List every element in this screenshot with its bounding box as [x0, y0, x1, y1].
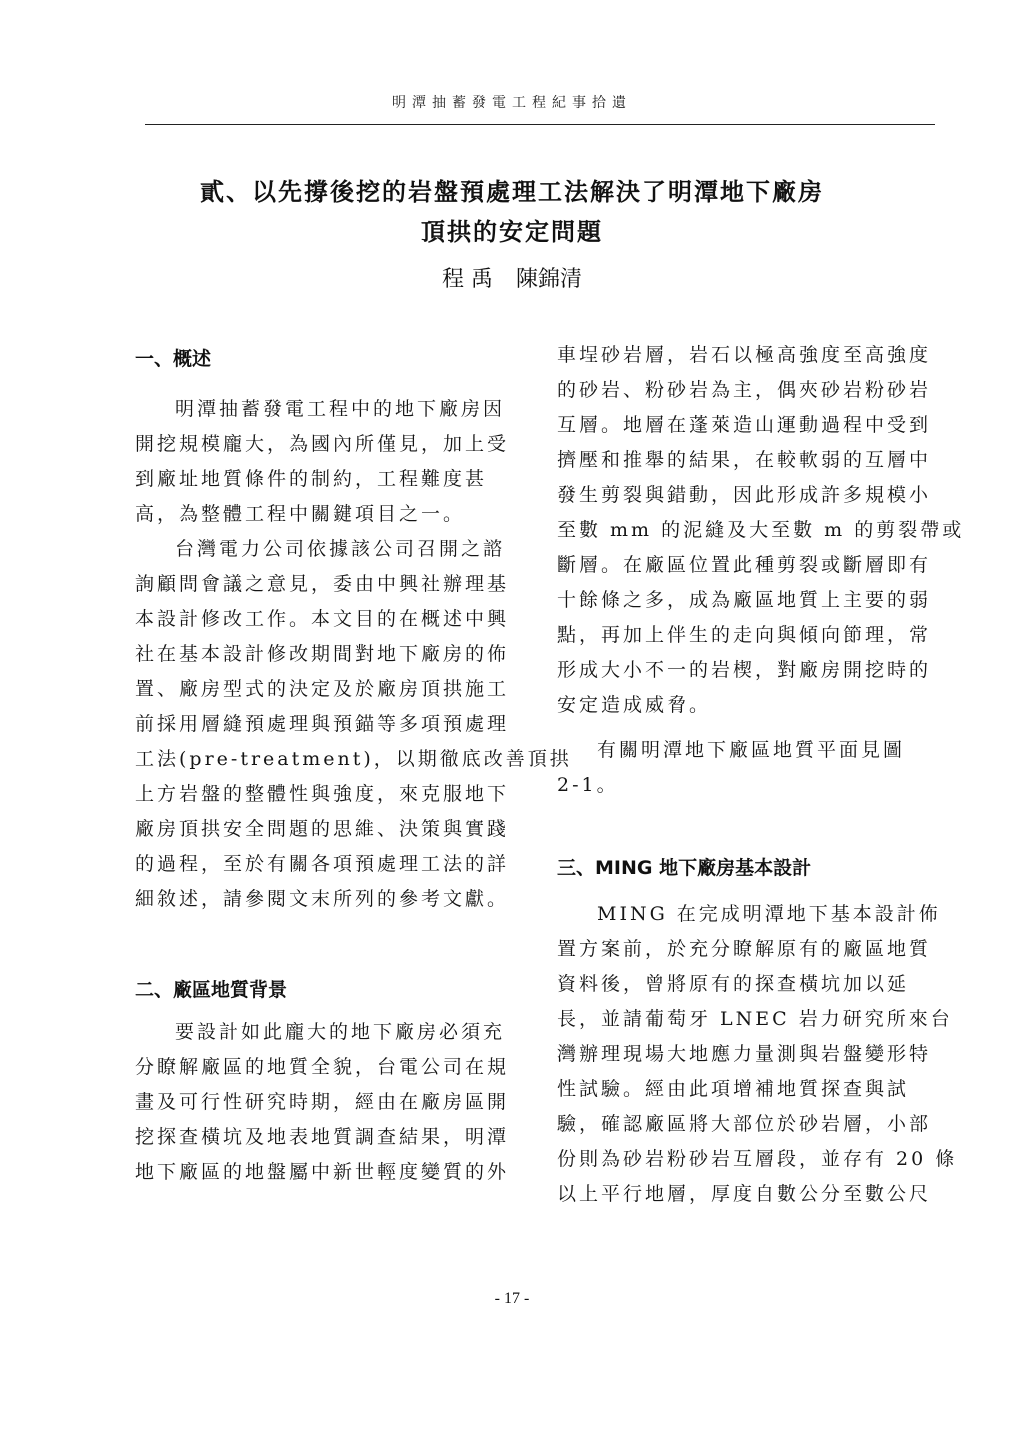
section-heading-overview: 一、概述 [135, 344, 211, 371]
paragraph-line: 擠壓和推舉的結果，在較軟弱的互層中 [557, 448, 932, 472]
paragraph-line: 發生剪裂與錯動，因此形成許多規模小 [557, 483, 932, 507]
paragraph-line: 安定造成威脅。 [557, 693, 932, 717]
paragraph-line: 工法(pre-treatment)，以期徹底改善頂拱 [135, 747, 510, 771]
section-heading-ming-design: 三、MING 地下廠房基本設計 [557, 853, 811, 880]
paragraph-line: 車埕砂岩層，岩石以極高強度至高強度 [557, 343, 932, 367]
paragraph-line: 以上平行地層，厚度自數公分至數公尺 [557, 1182, 932, 1206]
paragraph-line: 性試驗。經由此項增補地質探查與試 [557, 1077, 932, 1101]
paragraph-line: 上方岩盤的整體性與強度，來克服地下 [135, 782, 510, 806]
paragraph-line: 細敘述，請參閱文末所列的參考文獻。 [135, 887, 510, 911]
paragraph-line: 分瞭解廠區的地質全貌，台電公司在規 [135, 1055, 510, 1079]
paragraph-line: 互層。地層在蓬萊造山運動過程中受到 [557, 413, 932, 437]
paragraph-line: 至數 mm 的泥縫及大至數 m 的剪裂帶或 [557, 518, 932, 542]
paragraph-line: 廠房頂拱安全問題的思維、決策與實踐 [135, 817, 510, 841]
page-number: - 17 - [0, 1290, 1024, 1308]
paragraph-line: 置方案前，於充分瞭解原有的廠區地質 [557, 937, 932, 961]
paragraph-line: 台灣電力公司依據該公司召開之諮 [175, 537, 510, 561]
article-title-line-2: 頂拱的安定問題 [0, 212, 1024, 247]
paragraph-line: 的過程，至於有關各項預處理工法的詳 [135, 852, 510, 876]
paragraph-line: 驗，確認廠區將大部位於砂岩層，小部 [557, 1112, 932, 1136]
paragraph-line: 十餘條之多，成為廠區地質上主要的弱 [557, 588, 932, 612]
paragraph-line: 資料後，曾將原有的探查橫坑加以延 [557, 972, 932, 996]
paragraph-line: MING 在完成明潭地下基本設計佈 [597, 902, 932, 926]
paragraph-line: 斷層。在廠區位置此種剪裂或斷層即有 [557, 553, 932, 577]
article-title-line-1: 貳、以先撐後挖的岩盤預處理工法解決了明潭地下廠房 [0, 172, 1024, 207]
section-heading-geology: 二、廠區地質背景 [135, 975, 287, 1002]
header-rule [145, 124, 935, 125]
authors: 程 禹 陳錦清 [0, 262, 1024, 293]
paragraph-line: 高，為整體工程中關鍵項目之一。 [135, 502, 510, 526]
paragraph-line: 點，再加上伴生的走向與傾向節理，常 [557, 623, 932, 647]
paragraph-line: 到廠址地質條件的制約，工程難度甚 [135, 467, 510, 491]
paragraph-line: 2-1。 [557, 773, 932, 797]
paragraph-line: 詢顧問會議之意見，委由中興社辦理基 [135, 572, 510, 596]
paragraph-line: 畫及可行性研究時期，經由在廠房區開 [135, 1090, 510, 1114]
paragraph-line: 要設計如此龐大的地下廠房必須充 [175, 1020, 510, 1044]
author-1: 程 禹 [442, 267, 493, 292]
running-header: 明潭抽蓄發電工程紀事拾遺 [0, 92, 1024, 112]
paragraph-line: 開挖規模龐大，為國內所僅見，加上受 [135, 432, 510, 456]
paragraph-line: 前採用層縫預處理與預錨等多項預處理 [135, 712, 510, 736]
paragraph-line: 的砂岩、粉砂岩為主，偶夾砂岩粉砂岩 [557, 378, 932, 402]
paragraph-line: 形成大小不一的岩楔，對廠房開挖時的 [557, 658, 932, 682]
paragraph-line: 長，並請葡萄牙 LNEC 岩力研究所來台 [557, 1007, 932, 1031]
paragraph-line: 置、廠房型式的決定及於廠房頂拱施工 [135, 677, 510, 701]
paragraph-line: 挖探查橫坑及地表地質調查結果，明潭 [135, 1125, 510, 1149]
paragraph-line: 社在基本設計修改期間對地下廠房的佈 [135, 642, 510, 666]
paragraph-line: 份則為砂岩粉砂岩互層段，並存有 20 條 [557, 1147, 932, 1171]
paragraph-line: 地下廠區的地盤屬中新世輕度變質的外 [135, 1160, 510, 1184]
paragraph-line: 灣辦理現場大地應力量測與岩盤變形特 [557, 1042, 932, 1066]
paragraph-line: 有關明潭地下廠區地質平面見圖 [597, 738, 932, 762]
paragraph-line: 本設計修改工作。本文目的在概述中興 [135, 607, 510, 631]
paragraph-line: 明潭抽蓄發電工程中的地下廠房因 [175, 397, 510, 421]
author-2: 陳錦清 [516, 267, 582, 292]
